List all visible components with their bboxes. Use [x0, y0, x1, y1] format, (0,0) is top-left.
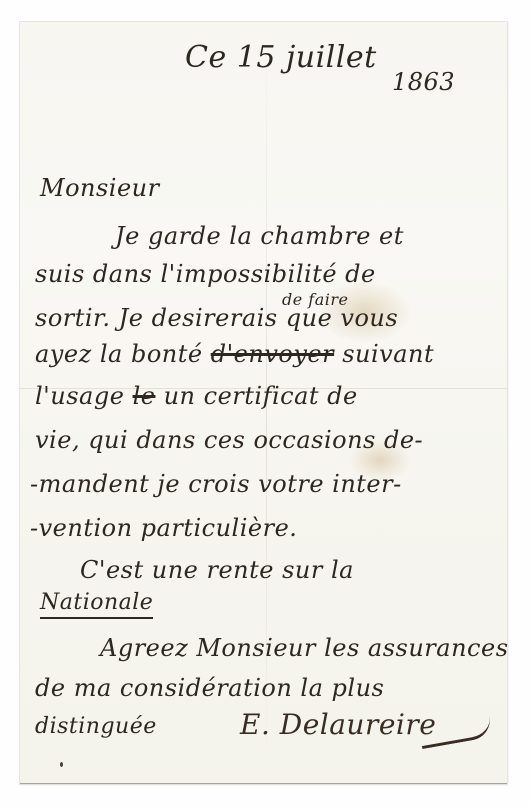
- body-line: sortir. Je desirerais que vous: [35, 304, 398, 332]
- body-line-underlined: Nationale: [40, 590, 153, 619]
- scan-background: Ce 15 juillet 1863 Monsieur Je garde la …: [0, 0, 530, 807]
- closing-line: distinguée: [35, 714, 157, 739]
- body-line-text: l'usage: [35, 382, 124, 410]
- signature: E. Delaureire: [240, 708, 436, 741]
- body-line: -mandent je crois votre inter-: [30, 470, 402, 498]
- body-line: vie, qui dans ces occasions de-: [35, 426, 423, 454]
- letter-date: Ce 15 juillet: [185, 40, 377, 75]
- letter-salutation: Monsieur: [40, 174, 160, 202]
- struck-out-text: d'envoyer: [211, 340, 334, 368]
- closing-line: Agreez Monsieur les assurances: [100, 634, 509, 662]
- struck-out-text: le: [133, 382, 156, 410]
- ink-dot: [60, 762, 63, 767]
- body-line: ayez la bonté d'envoyer suivant: [35, 340, 434, 368]
- body-line: l'usage le un certificat de: [35, 382, 358, 410]
- closing-line: de ma considération la plus: [35, 674, 384, 702]
- body-line: C'est une rente sur la: [80, 556, 354, 584]
- body-line: Je garde la chambre et: [115, 222, 404, 250]
- body-line-text: un certificat de: [164, 382, 358, 410]
- body-line-text: ayez la bonté: [35, 340, 203, 368]
- letter-sheet: Ce 15 juillet 1863 Monsieur Je garde la …: [20, 22, 507, 784]
- body-line: suis dans l'impossibilité de: [35, 260, 376, 288]
- body-line-text: suivant: [342, 340, 434, 368]
- letter-year: 1863: [392, 68, 455, 96]
- body-line: -vention particulière.: [30, 514, 297, 542]
